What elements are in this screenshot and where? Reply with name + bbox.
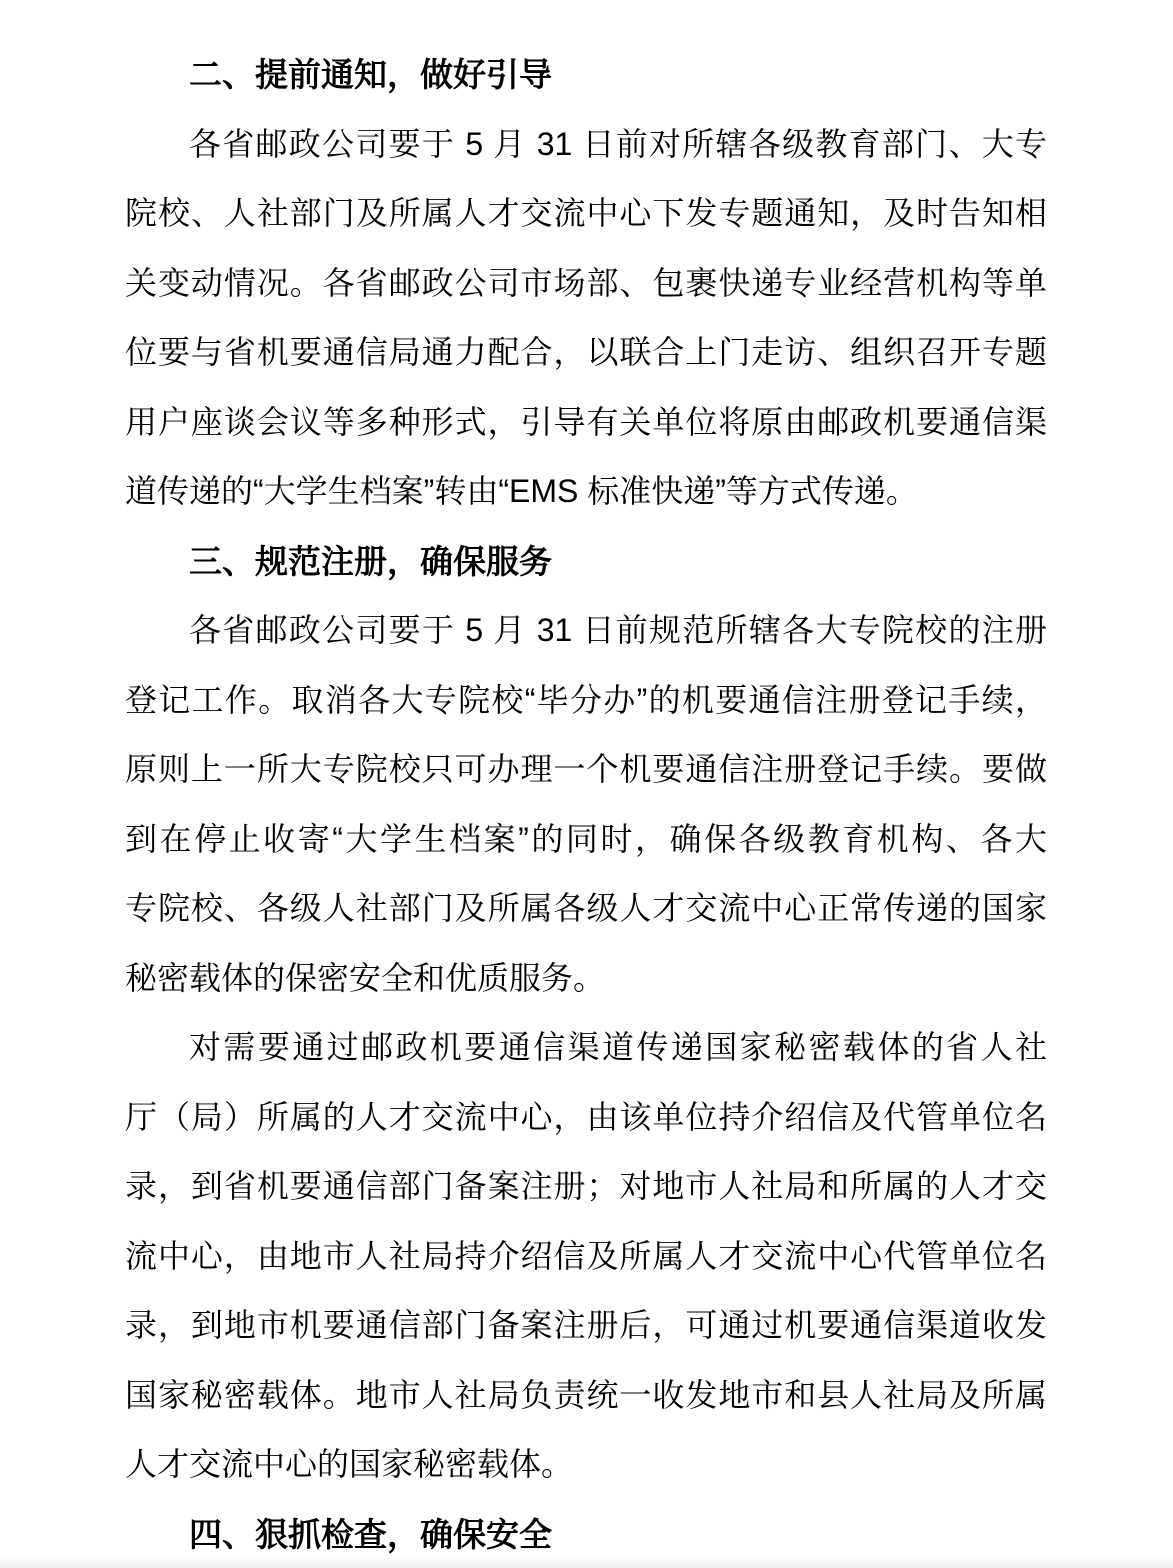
- text-line: 专院校、各级人社部门及所属各级人才交流中心正常传递的国家: [125, 874, 1047, 944]
- text-line: 关变动情况。各省邮政公司市场部、包裹快递专业经营机构等单: [125, 249, 1047, 319]
- heading-section-3: 三、规范注册，确保服务: [125, 527, 1047, 597]
- heading-section-2: 二、提前通知，做好引导: [125, 40, 1047, 110]
- text-line: 原则上一所大专院校只可办理一个机要通信注册登记手续。要做: [125, 735, 1047, 805]
- text-line: 各省邮政公司要于 5 月 31 日前规范所辖各大专院校的注册: [125, 596, 1047, 666]
- text-line: 各省邮政公司要于 5 月 31 日前对所辖各级教育部门、大专: [125, 110, 1047, 180]
- text-line: 人才交流中心的国家秘密载体。: [125, 1430, 1047, 1500]
- text-line: 录，到地市机要通信部门备案注册后，可通过机要通信渠道收发: [125, 1291, 1047, 1361]
- text-line: 秘密载体的保密安全和优质服务。: [125, 944, 1047, 1014]
- text-line: 到在停止收寄“大学生档案”的同时，确保各级教育机构、各大: [125, 805, 1047, 875]
- document-page: 二、提前通知，做好引导 各省邮政公司要于 5 月 31 日前对所辖各级教育部门、…: [0, 0, 1173, 1568]
- page-bottom-edge: [0, 1557, 1173, 1568]
- text-line: 录，到省机要通信部门备案注册；对地市人社局和所属的人才交: [125, 1152, 1047, 1222]
- text-line: 国家秘密载体。地市人社局负责统一收发地市和县人社局及所属: [125, 1361, 1047, 1431]
- text-line: 位要与省机要通信局通力配合，以联合上门走访、组织召开专题: [125, 318, 1047, 388]
- text-line: 登记工作。取消各大专院校“毕分办”的机要通信注册登记手续，: [125, 666, 1047, 736]
- text-line: 厅（局）所属的人才交流中心，由该单位持介绍信及代管单位名: [125, 1083, 1047, 1153]
- text-line: 道传递的“大学生档案”转由“EMS 标准快递”等方式传递。: [125, 457, 1047, 527]
- text-line: 院校、人社部门及所属人才交流中心下发专题通知，及时告知相: [125, 179, 1047, 249]
- text-line: 对需要通过邮政机要通信渠道传递国家秘密载体的省人社: [125, 1013, 1047, 1083]
- text-line: 流中心，由地市人社局持介绍信及所属人才交流中心代管单位名: [125, 1222, 1047, 1292]
- text-line: 用户座谈会议等多种形式，引导有关单位将原由邮政机要通信渠: [125, 388, 1047, 458]
- document-text: 二、提前通知，做好引导 各省邮政公司要于 5 月 31 日前对所辖各级教育部门、…: [125, 40, 1047, 1568]
